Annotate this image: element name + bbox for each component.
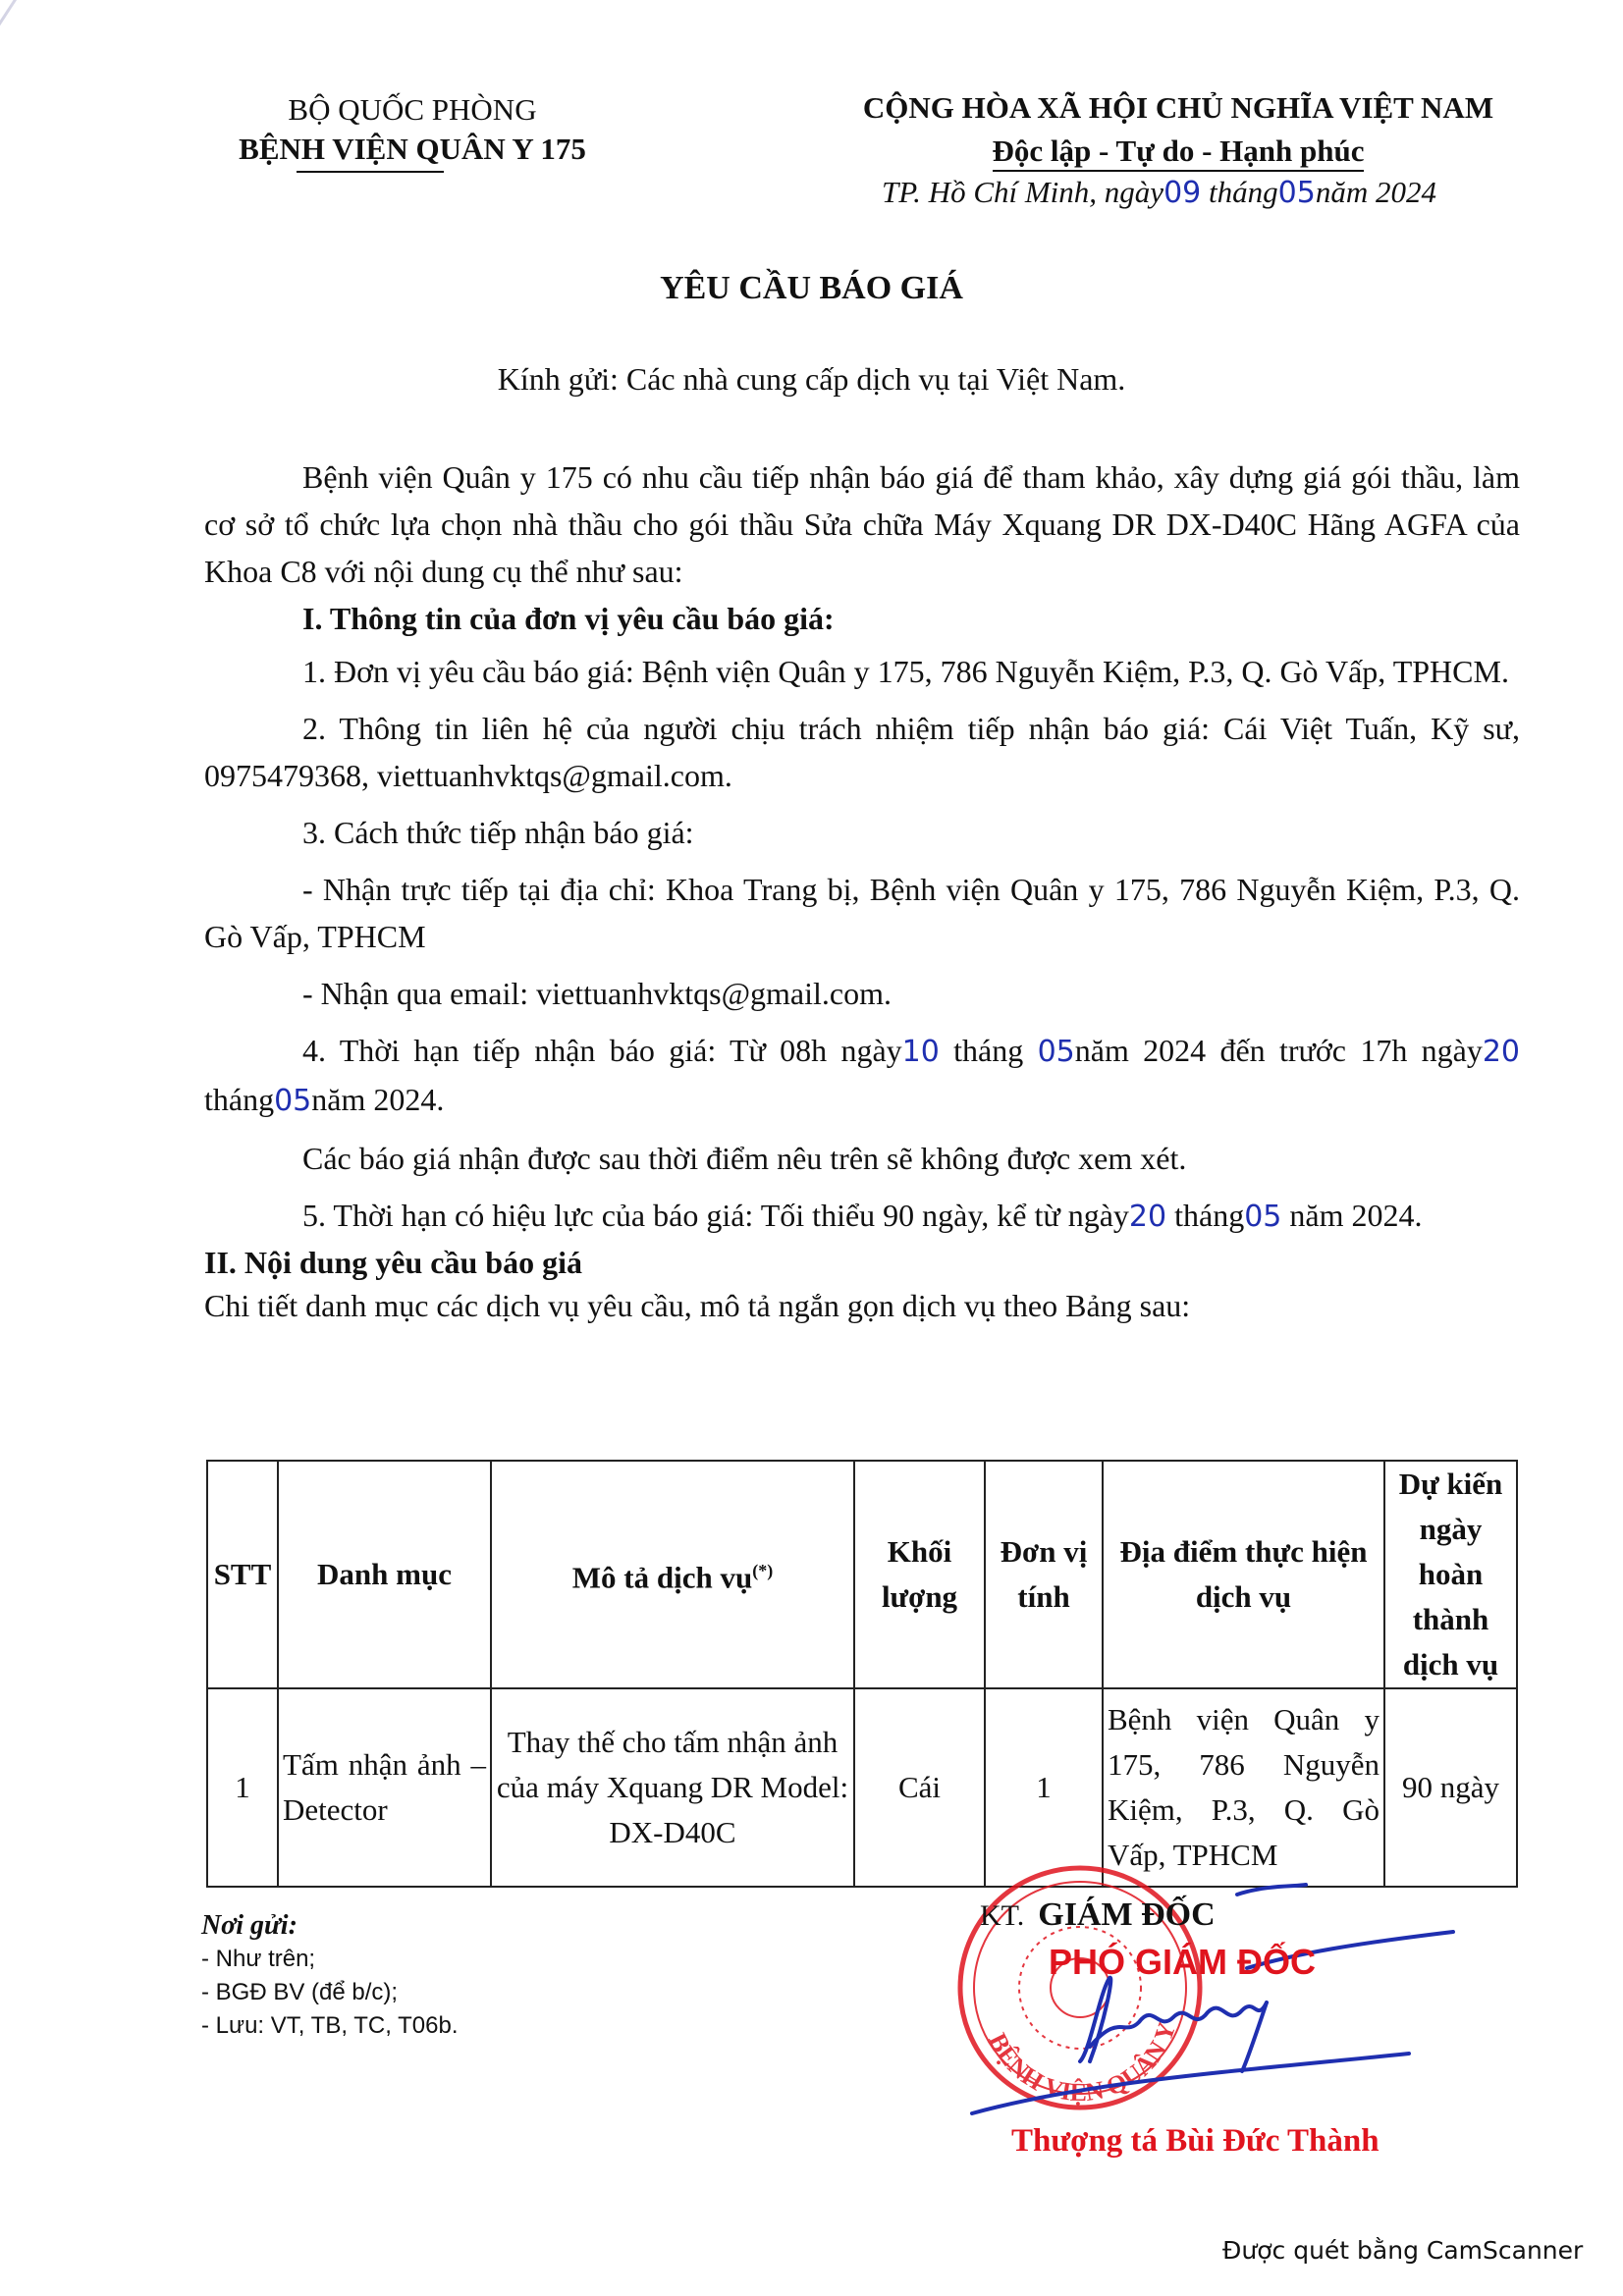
national-motto: Độc lập - Tự do - Hạnh phúc	[993, 133, 1365, 172]
cell-stt: 1	[207, 1688, 278, 1887]
recipients-block: Nơi gửi: - Như trên; - BGĐ BV (để b/c); …	[201, 1909, 459, 2043]
organization-underline	[297, 171, 444, 173]
cell-category: Tấm nhận ảnh – Detector	[278, 1688, 491, 1887]
handwritten-day: 20	[1129, 1200, 1166, 1234]
section-1-item-1: 1. Đơn vị yêu cầu báo giá: Bệnh viện Quâ…	[204, 648, 1520, 695]
document-title: YÊU CẦU BÁO GIÁ	[0, 270, 1623, 307]
table-row: 1 Tấm nhận ảnh – Detector Thay thế cho t…	[207, 1688, 1517, 1887]
col-header-category: Danh mục	[278, 1461, 491, 1688]
national-title: CỘNG HÒA XÃ HỘI CHỦ NGHĨA VIỆT NAM	[805, 86, 1551, 130]
recipient-item: - Như trên;	[201, 1943, 459, 1976]
handwritten-month: 05	[1038, 1035, 1075, 1069]
col-header-description: Mô tả dịch vụ(*)	[491, 1461, 854, 1688]
recipients-heading: Nơi gửi:	[201, 1909, 459, 1943]
date-day-handwritten: 09	[1163, 176, 1201, 210]
section-1-item-3b: - Nhận qua email: viettuanhvktqs@gmail.c…	[204, 970, 1520, 1017]
deputy-director-title: PHÓ GIÁM ĐỐC	[1049, 1942, 1316, 1983]
svg-text:BỆNH VIỆN QUÂN Y: BỆNH VIỆN QUÂN Y	[983, 2018, 1181, 2107]
cell-completion: 90 ngày	[1384, 1688, 1517, 1887]
section-1-item-5: 5. Thời hạn có hiệu lực của báo giá: Tối…	[204, 1192, 1520, 1241]
camscanner-watermark: Được quét bằng CamScanner	[1222, 2236, 1583, 2265]
section-1-note: Các báo giá nhận được sau thời điểm nêu …	[204, 1135, 1520, 1182]
header-right: CỘNG HÒA XÃ HỘI CHỦ NGHĨA VIỆT NAM Độc l…	[805, 86, 1551, 173]
section-1-item-4: 4. Thời hạn tiếp nhận báo giá: Từ 08h ng…	[204, 1027, 1520, 1125]
date-month-handwritten: 05	[1278, 176, 1316, 210]
col-header-unit: Đơn vị tính	[985, 1461, 1103, 1688]
handwritten-day: 20	[1483, 1035, 1520, 1069]
ministry-name: BỘ QUỐC PHÒNG	[187, 90, 638, 130]
section-1-heading: I. Thông tin của đơn vị yêu cầu báo giá:	[204, 595, 1520, 642]
salutation: Kính gửi: Các nhà cung cấp dịch vụ tại V…	[0, 361, 1623, 398]
recipient-item: - Lưu: VT, TB, TC, T06b.	[201, 2009, 459, 2043]
organization-name: BỆNH VIỆN QUÂN Y 175	[187, 130, 638, 169]
cell-location: Bệnh viện Quân y 175, 786 Nguyễn Kiệm, P…	[1103, 1688, 1384, 1887]
col-header-stt: STT	[207, 1461, 278, 1688]
cell-unit: 1	[985, 1688, 1103, 1887]
service-table: STT Danh mục Mô tả dịch vụ(*) Khối lượng…	[206, 1460, 1518, 1888]
recipient-item: - BGĐ BV (để b/c);	[201, 1976, 459, 2009]
section-1-item-3a: - Nhận trực tiếp tại địa chỉ: Khoa Trang…	[204, 866, 1520, 960]
handwritten-day: 10	[902, 1035, 940, 1069]
header-left: BỘ QUỐC PHÒNG BỆNH VIỆN QUÂN Y 175	[187, 90, 638, 169]
scan-artifact-line	[0, 0, 23, 182]
document-body: Bệnh viện Quân y 175 có nhu cầu tiếp nhậ…	[204, 454, 1520, 1327]
col-header-completion: Dự kiến ngày hoàn thành dịch vụ	[1384, 1461, 1517, 1688]
section-2-heading: II. Nội dung yêu cầu báo giá	[204, 1241, 1520, 1284]
document-date: TP. Hồ Chí Minh, ngày09 tháng05năm 2024	[882, 175, 1436, 210]
col-header-quantity: Khối lượng	[854, 1461, 985, 1688]
signature-authority: KT.GIÁM ĐỐC	[980, 1896, 1216, 1934]
signer-name: Thượng tá Bùi Đức Thành	[1011, 2123, 1380, 2160]
section-2-description: Chi tiết danh mục các dịch vụ yêu cầu, m…	[204, 1284, 1520, 1327]
handwritten-month: 05	[274, 1084, 311, 1118]
section-1-item-2: 2. Thông tin liên hệ của người chịu trác…	[204, 705, 1520, 799]
cell-description: Thay thế cho tấm nhận ảnh của máy Xquang…	[491, 1688, 854, 1887]
table-header-row: STT Danh mục Mô tả dịch vụ(*) Khối lượng…	[207, 1461, 1517, 1688]
handwritten-month: 05	[1244, 1200, 1281, 1234]
intro-paragraph: Bệnh viện Quân y 175 có nhu cầu tiếp nhậ…	[204, 454, 1520, 595]
col-header-location: Địa điểm thực hiện dịch vụ	[1103, 1461, 1384, 1688]
section-1-item-3: 3. Cách thức tiếp nhận báo giá:	[204, 809, 1520, 856]
cell-quantity: Cái	[854, 1688, 985, 1887]
